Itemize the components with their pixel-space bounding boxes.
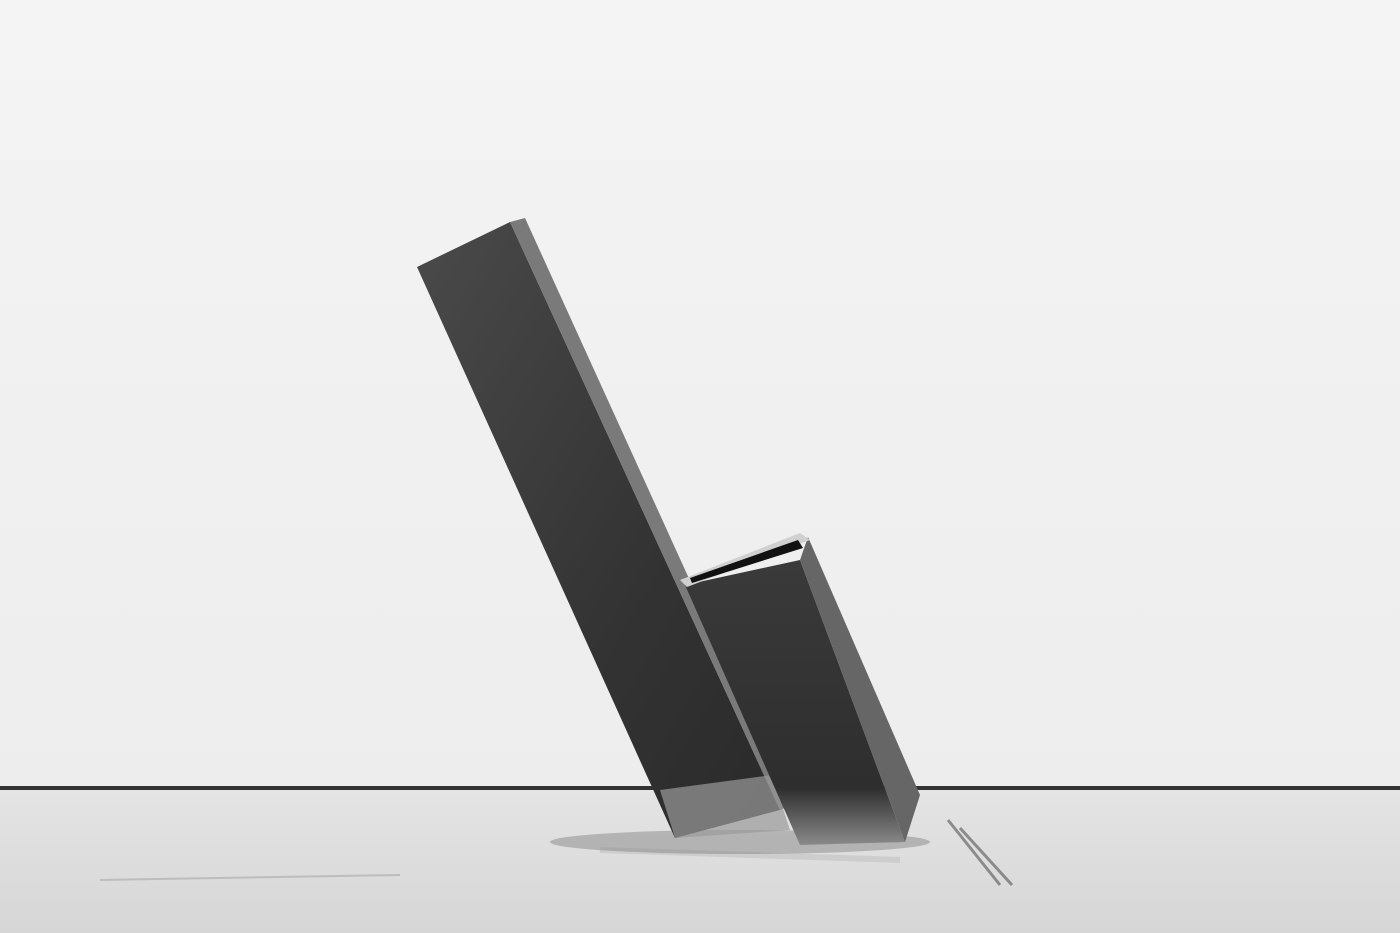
- photo-canvas: [0, 0, 1400, 933]
- sculpture-photo: Minimalist steel sculpture: two rectangu…: [0, 0, 1400, 933]
